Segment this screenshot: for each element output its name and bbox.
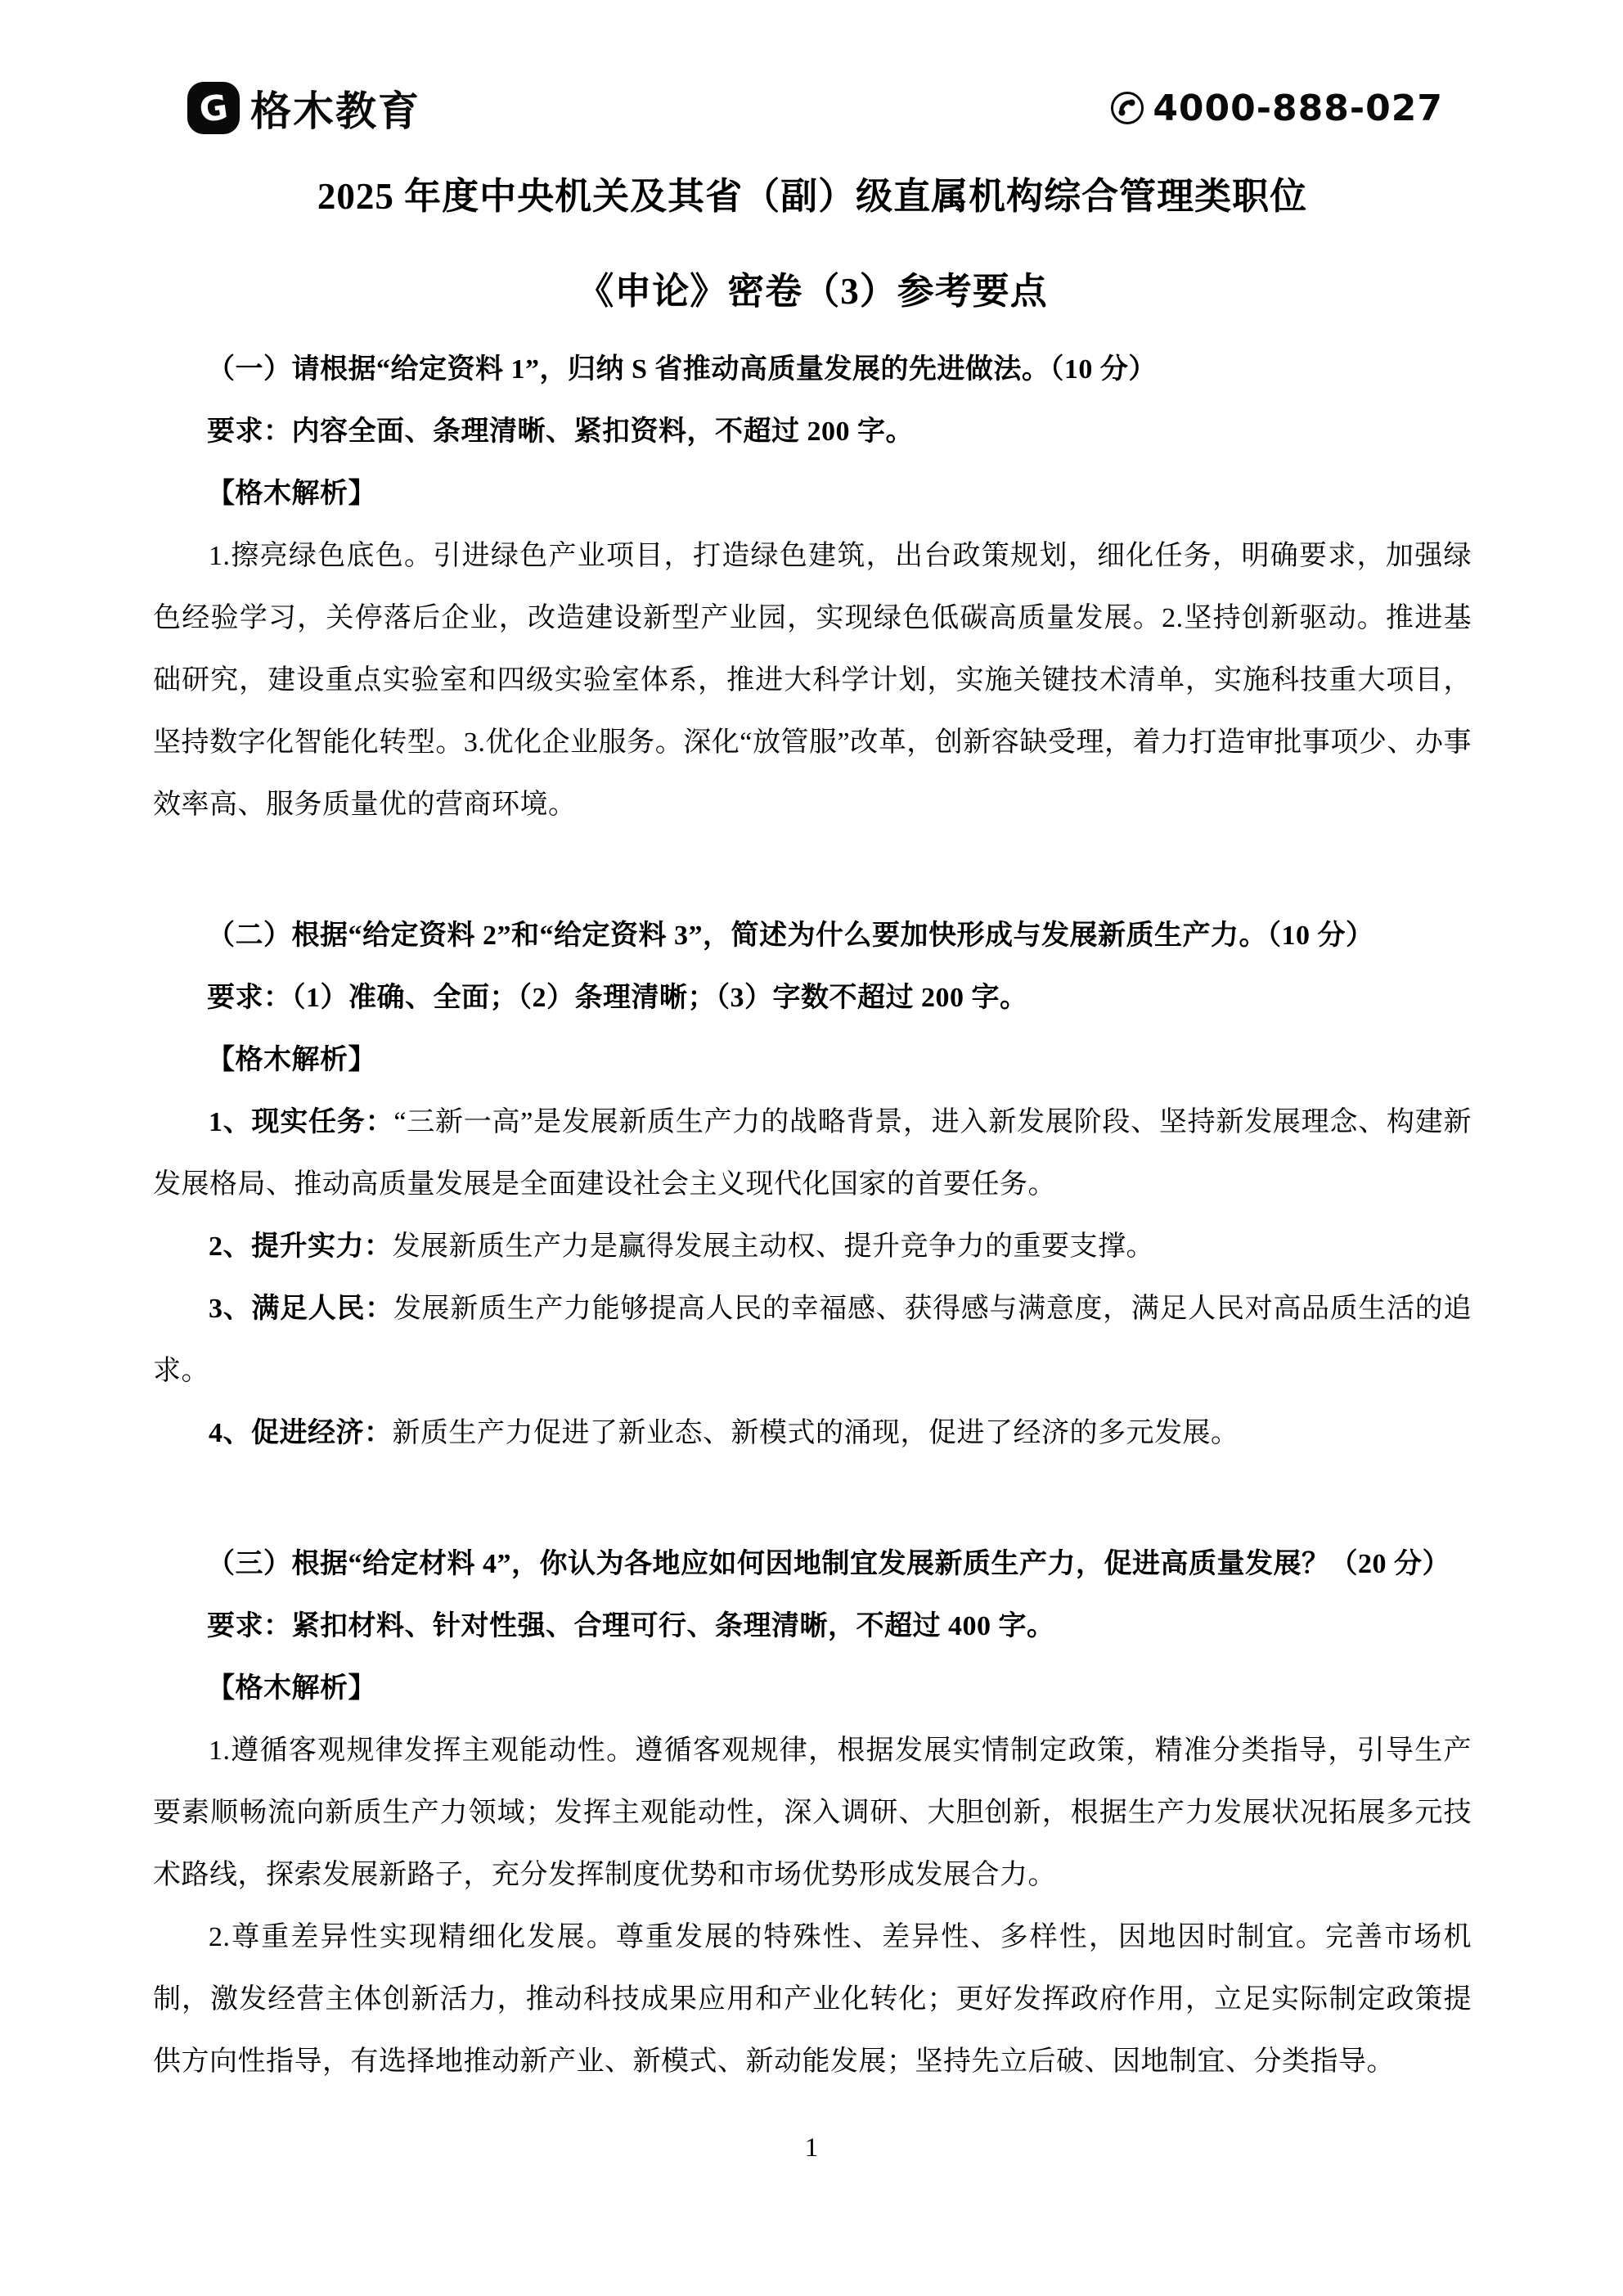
analysis-paragraph: 2.尊重差异性实现精细化发展。尊重发展的特殊性、差异性、多样性，因地因时制宜。完… xyxy=(153,1907,1472,2093)
document-page: G 格木教育 4000-888-027 2025 年度中央机关及其省（副）级直属… xyxy=(0,0,1623,2296)
svg-text:G: G xyxy=(197,87,231,130)
section-question-1: （一）请根据“给定资料 1”，归纳 S 省推动高质量发展的先进做法。（10 分）… xyxy=(153,339,1472,836)
section-question-3: （三）根据“给定材料 4”，你认为各地应如何因地制宜发展新质生产力，促进高质量发… xyxy=(153,1533,1472,2093)
item-text: 新质生产力促进了新业态、新模式的涌现，促进了经济的多元发展。 xyxy=(393,1418,1239,1448)
question-heading: （一）请根据“给定资料 1”，归纳 S 省推动高质量发展的先进做法。（10 分） xyxy=(153,339,1472,401)
phone-icon xyxy=(1110,91,1144,125)
section-question-2: （二）根据“给定资料 2”和“给定资料 3”，简述为什么要加快形成与发展新质生产… xyxy=(153,905,1472,1465)
page-number: 1 xyxy=(805,2133,819,2163)
item-label: 1、现实任务： xyxy=(209,1107,393,1137)
item-label: 2、提升实力： xyxy=(209,1231,393,1262)
analysis-paragraph: 1.遵循客观规律发挥主观能动性。遵循客观规律，根据发展实情制定政策，精准分类指导… xyxy=(153,1720,1472,1907)
requirement-line: 要求：内容全面、条理清晰、紧扣资料，不超过 200 字。 xyxy=(153,401,1472,463)
analysis-tag: 【格木解析】 xyxy=(153,1029,1472,1092)
analysis-tag: 【格木解析】 xyxy=(153,1658,1472,1720)
analysis-tag: 【格木解析】 xyxy=(153,463,1472,525)
question-heading: （二）根据“给定资料 2”和“给定资料 3”，简述为什么要加快形成与发展新质生产… xyxy=(153,905,1472,967)
item-label: 4、促进经济： xyxy=(209,1418,393,1448)
item-text: 发展新质生产力是赢得发展主动权、提升竞争力的重要支撑。 xyxy=(393,1231,1155,1262)
page-header: G 格木教育 4000-888-027 xyxy=(187,79,1443,137)
brand-name: 格木教育 xyxy=(250,79,420,137)
analysis-paragraph: 1.擦亮绿色底色。引进绿色产业项目，打造绿色建筑，出台政策规划，细化任务，明确要… xyxy=(153,525,1472,836)
doc-title: 2025 年度中央机关及其省（副）级直属机构综合管理类职位 《申论》密卷（3）参… xyxy=(153,149,1472,339)
requirement-line: 要求：（1）准确、全面；（2）条理清晰；（3）字数不超过 200 字。 xyxy=(153,967,1472,1029)
phone-number: 4000-888-027 xyxy=(1153,88,1443,129)
item-label: 3、满足人民： xyxy=(209,1294,393,1324)
contact-phone: 4000-888-027 xyxy=(1110,88,1443,129)
requirement-line: 要求：紧扣材料、针对性强、合理可行、条理清晰，不超过 400 字。 xyxy=(153,1596,1472,1658)
doc-title-line-1: 2025 年度中央机关及其省（副）级直属机构综合管理类职位 xyxy=(153,149,1472,244)
analysis-item: 1、现实任务：“三新一高”是发展新质生产力的战略背景，进入新发展阶段、坚持新发展… xyxy=(153,1092,1472,1216)
analysis-item: 3、满足人民：发展新质生产力能够提高人民的幸福感、获得感与满意度，满足人民对高品… xyxy=(153,1278,1472,1402)
document-content: 2025 年度中央机关及其省（副）级直属机构综合管理类职位 《申论》密卷（3）参… xyxy=(153,149,1472,2093)
analysis-item: 2、提升实力：发展新质生产力是赢得发展主动权、提升竞争力的重要支撑。 xyxy=(153,1216,1472,1278)
brand-logo: G 格木教育 xyxy=(187,79,420,137)
analysis-item: 4、促进经济：新质生产力促进了新业态、新模式的涌现，促进了经济的多元发展。 xyxy=(153,1402,1472,1465)
page-footer: 1 xyxy=(0,2121,1623,2175)
doc-title-line-2: 《申论》密卷（3）参考要点 xyxy=(153,244,1472,339)
question-heading: （三）根据“给定材料 4”，你认为各地应如何因地制宜发展新质生产力，促进高质量发… xyxy=(153,1533,1472,1596)
gemu-logo-icon: G xyxy=(187,81,241,135)
